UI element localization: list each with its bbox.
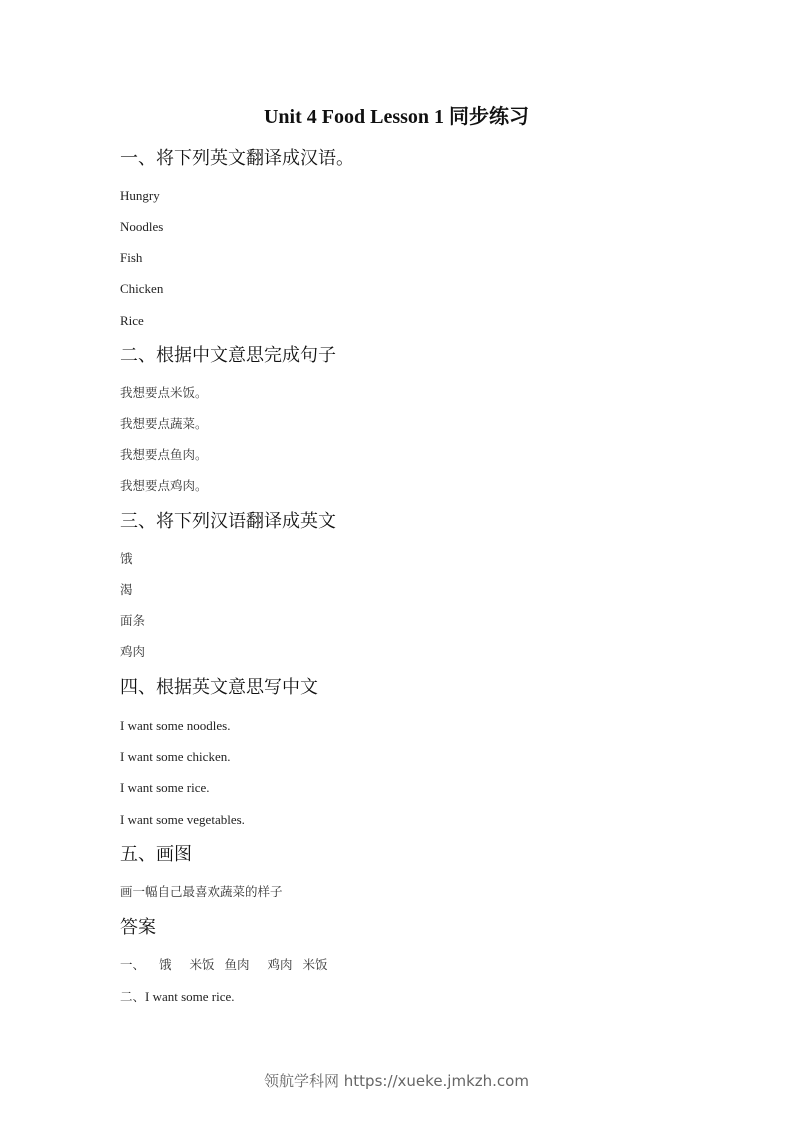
- answer-line-2: 二、I want some rice.: [120, 988, 235, 1006]
- answer-2-text: I want some rice.: [145, 989, 235, 1004]
- section-4-item: I want some noodles.: [120, 717, 230, 735]
- section-3-item: 渴: [120, 581, 133, 599]
- footer-watermark: 领航学科网 https://xueke.jmkzh.com: [0, 1070, 793, 1091]
- answer-2-label: 二、: [120, 989, 145, 1004]
- section-1-item: Chicken: [120, 280, 163, 298]
- section-4-item: I want some chicken.: [120, 748, 230, 766]
- document-page: Unit 4 Food Lesson 1 同步练习 一、将下列英文翻译成汉语。 …: [0, 0, 793, 1122]
- answer-1-value: 鱼肉: [225, 957, 250, 972]
- section-4-heading: 四、根据英文意思写中文: [120, 676, 318, 700]
- answer-1-value: 米饭: [190, 957, 215, 972]
- section-1-item: Fish: [120, 249, 142, 267]
- page-title: Unit 4 Food Lesson 1 同步练习: [0, 104, 793, 130]
- answer-1-value: 饿: [159, 957, 172, 972]
- section-4-item: I want some vegetables.: [120, 811, 245, 829]
- section-1-item: Rice: [120, 312, 144, 330]
- section-1-item: Noodles: [120, 218, 163, 236]
- section-3-item: 饿: [120, 550, 133, 568]
- section-3-item: 鸡肉: [120, 643, 145, 661]
- section-3-heading: 三、将下列汉语翻译成英文: [120, 510, 336, 534]
- section-1-item: Hungry: [120, 187, 160, 205]
- section-2-heading: 二、根据中文意思完成句子: [120, 344, 336, 368]
- answers-heading: 答案: [120, 916, 156, 940]
- answer-1-value: 米饭: [303, 957, 328, 972]
- section-2-item: 我想要点鸡肉。: [120, 477, 208, 495]
- section-2-item: 我想要点蔬菜。: [120, 415, 208, 433]
- answer-1-value: 鸡肉: [268, 957, 293, 972]
- section-2-item: 我想要点米饭。: [120, 384, 208, 402]
- section-3-item: 面条: [120, 612, 145, 630]
- section-5-heading: 五、画图: [120, 843, 192, 867]
- section-1-heading: 一、将下列英文翻译成汉语。: [120, 147, 354, 171]
- section-5-item: 画一幅自己最喜欢蔬菜的样子: [120, 883, 283, 901]
- section-2-item: 我想要点鱼肉。: [120, 446, 208, 464]
- section-4-item: I want some rice.: [120, 779, 210, 797]
- answer-1-label: 一、: [120, 957, 145, 972]
- answer-line-1: 一、 饿 米饭 鱼肉 鸡肉 米饭: [120, 956, 334, 974]
